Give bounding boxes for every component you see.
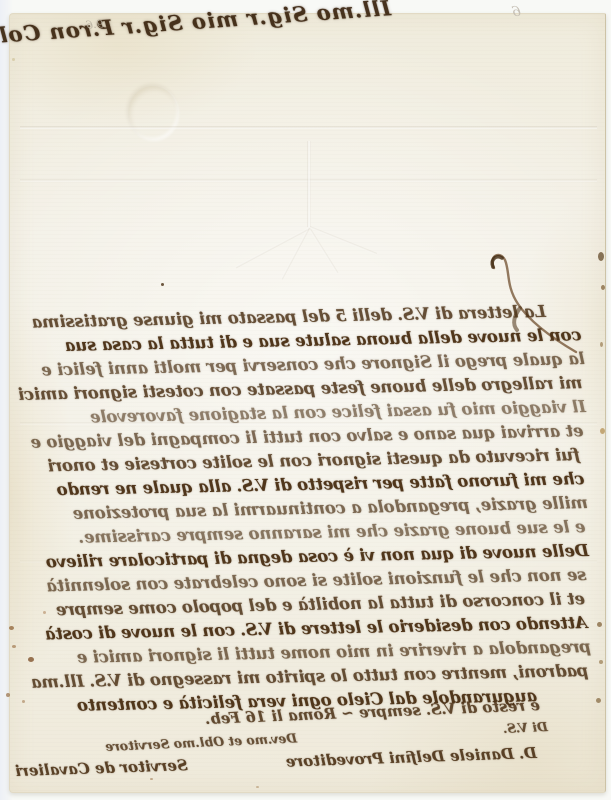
foxing-spot xyxy=(12,58,15,61)
deckle-edge-speck xyxy=(599,660,603,664)
fold-crease-vertical xyxy=(307,141,311,227)
pencil-mark-top-right: 6 xyxy=(511,3,522,20)
foxing-spot xyxy=(6,693,10,697)
foxing-spot xyxy=(43,611,46,614)
foxing-spot xyxy=(22,700,25,703)
deckle-edge-speck xyxy=(598,252,604,261)
deckle-edge-speck xyxy=(600,428,605,434)
deckle-edge-speck xyxy=(600,342,603,347)
foxing-spot xyxy=(150,778,153,780)
foxing-spot xyxy=(256,786,259,788)
fold-wrinkle xyxy=(310,226,378,255)
signoff-initials: Di V.S. xyxy=(503,719,548,736)
manuscript-body: La lettera di V.S. delli 5 del passato m… xyxy=(12,299,592,719)
deckle-edge-speck xyxy=(597,622,602,627)
deckle-edge-speck xyxy=(601,285,605,290)
embossed-watermark-ring xyxy=(128,86,178,140)
foxing-spot xyxy=(28,657,34,662)
foxing-spot xyxy=(9,626,14,630)
foxing-spot xyxy=(12,645,16,648)
fold-crease-horizontal xyxy=(20,126,597,129)
pencil-mark-top-left: 9.6 xyxy=(85,17,104,32)
scanner-bed: Ill.mo Sig.r mio Sig.r P.ron Col.mo 9.6 … xyxy=(0,0,611,800)
deckle-edge-speck xyxy=(596,698,601,703)
ink-speck xyxy=(161,283,164,286)
